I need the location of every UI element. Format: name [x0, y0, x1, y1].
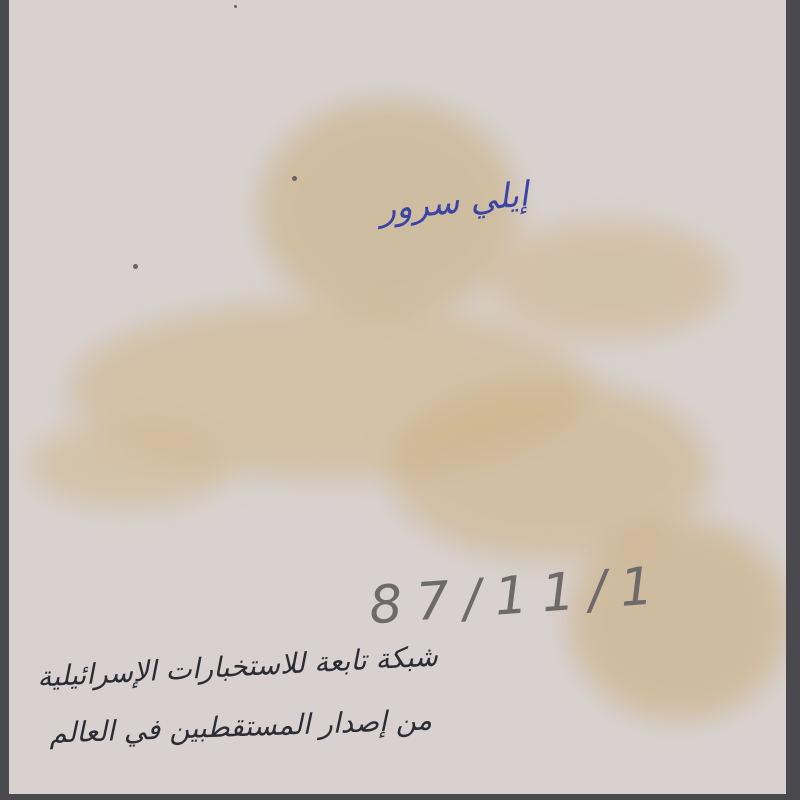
- speck: [292, 176, 297, 181]
- handwritten-caption-line-2: من إصدار المستقطبين في العالم: [49, 703, 433, 749]
- photo-back-card: إيلي سرور 87/11/1 شبكة تابعة للاستخبارات…: [9, 0, 786, 794]
- water-stain: [29, 420, 229, 510]
- handwritten-caption-line-1: شبكة تابعة للاستخبارات الإسرائيلية: [36, 640, 438, 694]
- speck: [133, 264, 138, 269]
- speck: [234, 5, 237, 8]
- water-stain: [489, 220, 729, 340]
